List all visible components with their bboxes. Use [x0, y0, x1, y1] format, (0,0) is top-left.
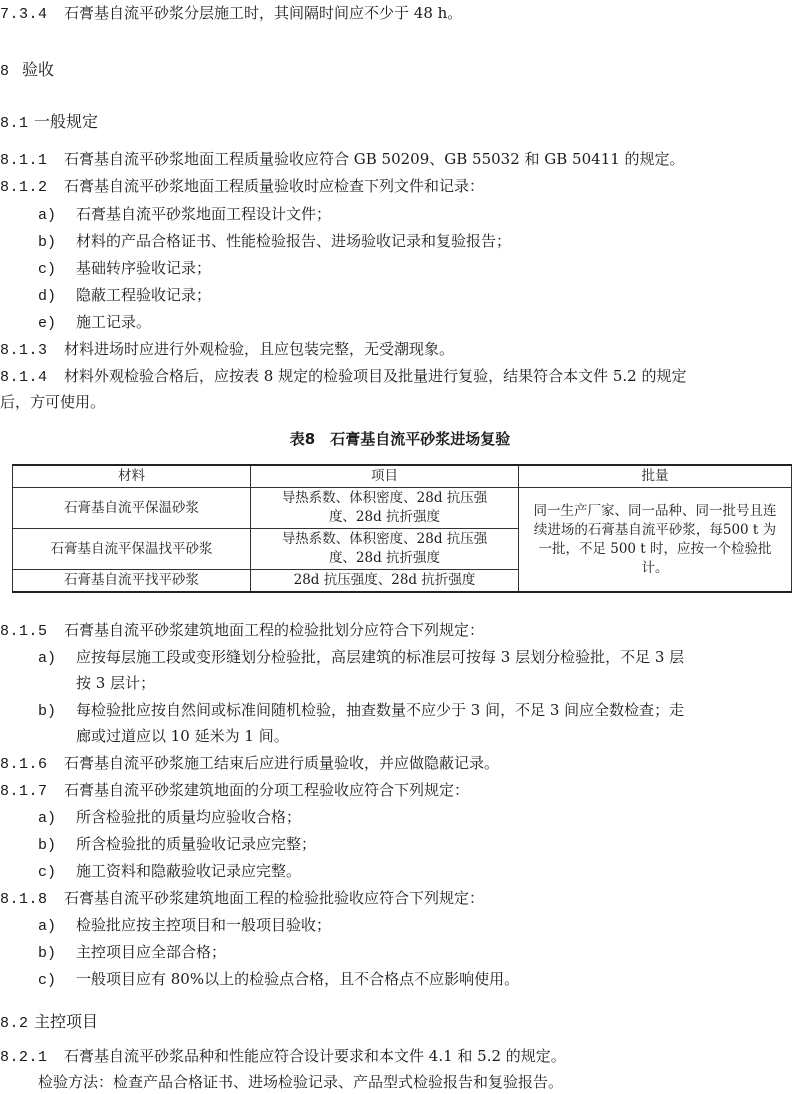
- clause-8-1-3: 8.1.3材料进场时应进行外观检验，且应包装完整，无受潮现象。: [0, 339, 454, 361]
- list-text: 应按每层施工段或变形缝划分检验批，高层建筑的标准层可按每 3 层划分检验批，不足…: [76, 648, 684, 666]
- list-text: 主控项目应全部合格；: [76, 943, 226, 961]
- clause-number: 8.1.3: [0, 341, 64, 361]
- list-item: a)石膏基自流平砂浆地面工程设计文件；: [38, 204, 331, 226]
- test-items-cell: 导热系数、体积密度、28d 抗压强度、28d 抗折强度: [251, 529, 519, 570]
- list-item: b)所含检验批的质量验收记录应完整；: [38, 834, 316, 856]
- test-items-cell: 28d 抗压强度、28d 抗折强度: [251, 570, 519, 593]
- test-items-line: 导热系数、体积密度、28d 抗压强: [282, 531, 488, 547]
- clause-text: 石膏基自流平砂浆分层施工时，其间隔时间应不少于 48 h。: [64, 4, 462, 22]
- clause-number: 8.1.4: [0, 368, 64, 388]
- section-heading-8-1: 8.1一般规定: [0, 112, 98, 134]
- section-title: 一般规定: [34, 112, 98, 131]
- clause-text: 材料进场时应进行外观检验，且应包装完整，无受潮现象。: [64, 340, 454, 358]
- table-row: 石膏基自流平保温砂浆 导热系数、体积密度、28d 抗压强度、28d 抗折强度 同…: [13, 488, 792, 529]
- clause-text: 石膏基自流平砂浆建筑地面工程的检验批划分应符合下列规定：: [64, 621, 484, 639]
- list-text: 隐蔽工程验收记录；: [76, 286, 211, 304]
- clause-number: 7.3.4: [0, 5, 64, 25]
- list-text: 施工记录。: [76, 313, 151, 331]
- list-label: a): [38, 809, 76, 829]
- list-item: a)应按每层施工段或变形缝划分检验批，高层建筑的标准层可按每 3 层划分检验批，…: [38, 647, 684, 669]
- list-text: 材料的产品合格证书、性能检验报告、进场验收记录和复验报告；: [76, 232, 511, 250]
- list-label: a): [38, 206, 76, 226]
- list-text: 检验批应按主控项目和一般项目验收；: [76, 916, 331, 934]
- table-header-row: 材料 项目 批量: [13, 465, 792, 488]
- list-item: c)一般项目应有 80%以上的检验点合格，且不合格点不应影响使用。: [38, 969, 519, 991]
- list-text: 基础转序验收记录；: [76, 259, 211, 277]
- list-text: 每检验批应按自然间或标准间随机检验，抽查数量不应少于 3 间，不足 3 间应全数…: [76, 701, 684, 719]
- column-header-batch: 批量: [519, 465, 792, 488]
- clause-number: 8.1.5: [0, 622, 64, 642]
- section-number: 8.1: [0, 114, 34, 134]
- section-number: 8: [0, 62, 22, 82]
- column-header-material: 材料: [13, 465, 251, 488]
- clause-text: 石膏基自流平砂浆建筑地面的分项工程验收应符合下列规定：: [64, 781, 469, 799]
- section-title: 验收: [22, 60, 54, 79]
- section-heading-8: 8验收: [0, 60, 54, 82]
- material-cell: 石膏基自流平找平砂浆: [13, 570, 251, 593]
- section-title: 主控项目: [34, 1012, 98, 1031]
- clause-number: 8.1.1: [0, 151, 64, 171]
- list-text: 所含检验批的质量均应验收合格；: [76, 808, 301, 826]
- clause-8-1-8: 8.1.8石膏基自流平砂浆建筑地面工程的检验批验收应符合下列规定：: [0, 888, 484, 910]
- list-label: e): [38, 314, 76, 334]
- clause-number: 8.1.7: [0, 782, 64, 802]
- clause-number: 8.1.6: [0, 755, 64, 775]
- clause-8-1-1: 8.1.1石膏基自流平砂浆地面工程质量验收应符合 GB 50209、GB 550…: [0, 149, 685, 171]
- clause-text: 材料外观检验合格后，应按表 8 规定的检验项目及批量进行复验，结果符合本文件 5…: [64, 367, 686, 385]
- list-label: b): [38, 233, 76, 253]
- clause-8-1-4: 8.1.4材料外观检验合格后，应按表 8 规定的检验项目及批量进行复验，结果符合…: [0, 366, 686, 388]
- batch-cell: 同一生产厂家、同一品种、同一批号且连续进场的石膏基自流平砂浆，每500 t 为一…: [519, 488, 792, 593]
- list-label: d): [38, 287, 76, 307]
- column-header-items: 项目: [251, 465, 519, 488]
- clause-8-1-7: 8.1.7石膏基自流平砂浆建筑地面的分项工程验收应符合下列规定：: [0, 780, 469, 802]
- list-text: 所含检验批的质量验收记录应完整；: [76, 835, 316, 853]
- list-item: a)所含检验批的质量均应验收合格；: [38, 807, 301, 829]
- list-label: a): [38, 649, 76, 669]
- clause-8-1-2: 8.1.2石膏基自流平砂浆地面工程质量验收时应检查下列文件和记录：: [0, 176, 484, 198]
- list-label: b): [38, 836, 76, 856]
- list-item: b)每检验批应按自然间或标准间随机检验，抽查数量不应少于 3 间，不足 3 间应…: [38, 700, 684, 722]
- list-label: c): [38, 260, 76, 280]
- test-items-line: 度、28d 抗折强度: [329, 509, 440, 525]
- list-text: 石膏基自流平砂浆地面工程设计文件；: [76, 205, 331, 223]
- inspection-method: 检验方法：检查产品合格证书、进场检验记录、产品型式检验报告和复验报告。: [38, 1072, 563, 1092]
- test-items-line: 导热系数、体积密度、28d 抗压强: [282, 490, 488, 506]
- material-cell: 石膏基自流平保温砂浆: [13, 488, 251, 529]
- list-item: a)检验批应按主控项目和一般项目验收；: [38, 915, 331, 937]
- test-items-line: 度、28d 抗折强度: [329, 550, 440, 566]
- clause-number: 8.1.2: [0, 178, 64, 198]
- retest-table: 材料 项目 批量 石膏基自流平保温砂浆 导热系数、体积密度、28d 抗压强度、2…: [12, 464, 792, 593]
- list-item-continuation: 廊或过道应以 10 延米为 1 间。: [76, 726, 289, 746]
- list-label: b): [38, 944, 76, 964]
- clause-text: 石膏基自流平砂浆建筑地面工程的检验批验收应符合下列规定：: [64, 889, 484, 907]
- clause-8-1-6: 8.1.6石膏基自流平砂浆施工结束后应进行质量验收，并应做隐蔽记录。: [0, 753, 499, 775]
- test-items-cell: 导热系数、体积密度、28d 抗压强度、28d 抗折强度: [251, 488, 519, 529]
- list-label: b): [38, 702, 76, 722]
- list-item: b)材料的产品合格证书、性能检验报告、进场验收记录和复验报告；: [38, 231, 511, 253]
- list-text: 一般项目应有 80%以上的检验点合格，且不合格点不应影响使用。: [76, 970, 519, 988]
- list-item-continuation: 按 3 层计；: [76, 673, 155, 693]
- table-title: 表8 石膏基自流平砂浆进场复验: [0, 428, 800, 449]
- clause-8-1-5: 8.1.5石膏基自流平砂浆建筑地面工程的检验批划分应符合下列规定：: [0, 620, 484, 642]
- list-text: 施工资料和隐蔽验收记录应完整。: [76, 862, 301, 880]
- list-item: e)施工记录。: [38, 312, 151, 334]
- clause-text: 石膏基自流平砂浆品种和性能应符合设计要求和本文件 4.1 和 5.2 的规定。: [64, 1047, 566, 1065]
- clause-text: 石膏基自流平砂浆施工结束后应进行质量验收，并应做隐蔽记录。: [64, 754, 499, 772]
- list-label: c): [38, 863, 76, 883]
- list-label: a): [38, 917, 76, 937]
- clause-number: 8.1.8: [0, 890, 64, 910]
- list-item: c)施工资料和隐蔽验收记录应完整。: [38, 861, 301, 883]
- clause-text: 石膏基自流平砂浆地面工程质量验收时应检查下列文件和记录：: [64, 177, 484, 195]
- clause-8-2-1: 8.2.1石膏基自流平砂浆品种和性能应符合设计要求和本文件 4.1 和 5.2 …: [0, 1046, 566, 1068]
- list-item: b)主控项目应全部合格；: [38, 942, 226, 964]
- material-cell: 石膏基自流平保温找平砂浆: [13, 529, 251, 570]
- clause-7-3-4: 7.3.4石膏基自流平砂浆分层施工时，其间隔时间应不少于 48 h。: [0, 3, 462, 25]
- section-heading-8-2: 8.2主控项目: [0, 1012, 98, 1034]
- clause-continuation: 后，方可使用。: [0, 392, 105, 412]
- list-item: c)基础转序验收记录；: [38, 258, 211, 280]
- clause-number: 8.2.1: [0, 1048, 64, 1068]
- clause-text: 石膏基自流平砂浆地面工程质量验收应符合 GB 50209、GB 55032 和 …: [64, 150, 685, 168]
- list-label: c): [38, 971, 76, 991]
- list-item: d)隐蔽工程验收记录；: [38, 285, 211, 307]
- section-number: 8.2: [0, 1014, 34, 1034]
